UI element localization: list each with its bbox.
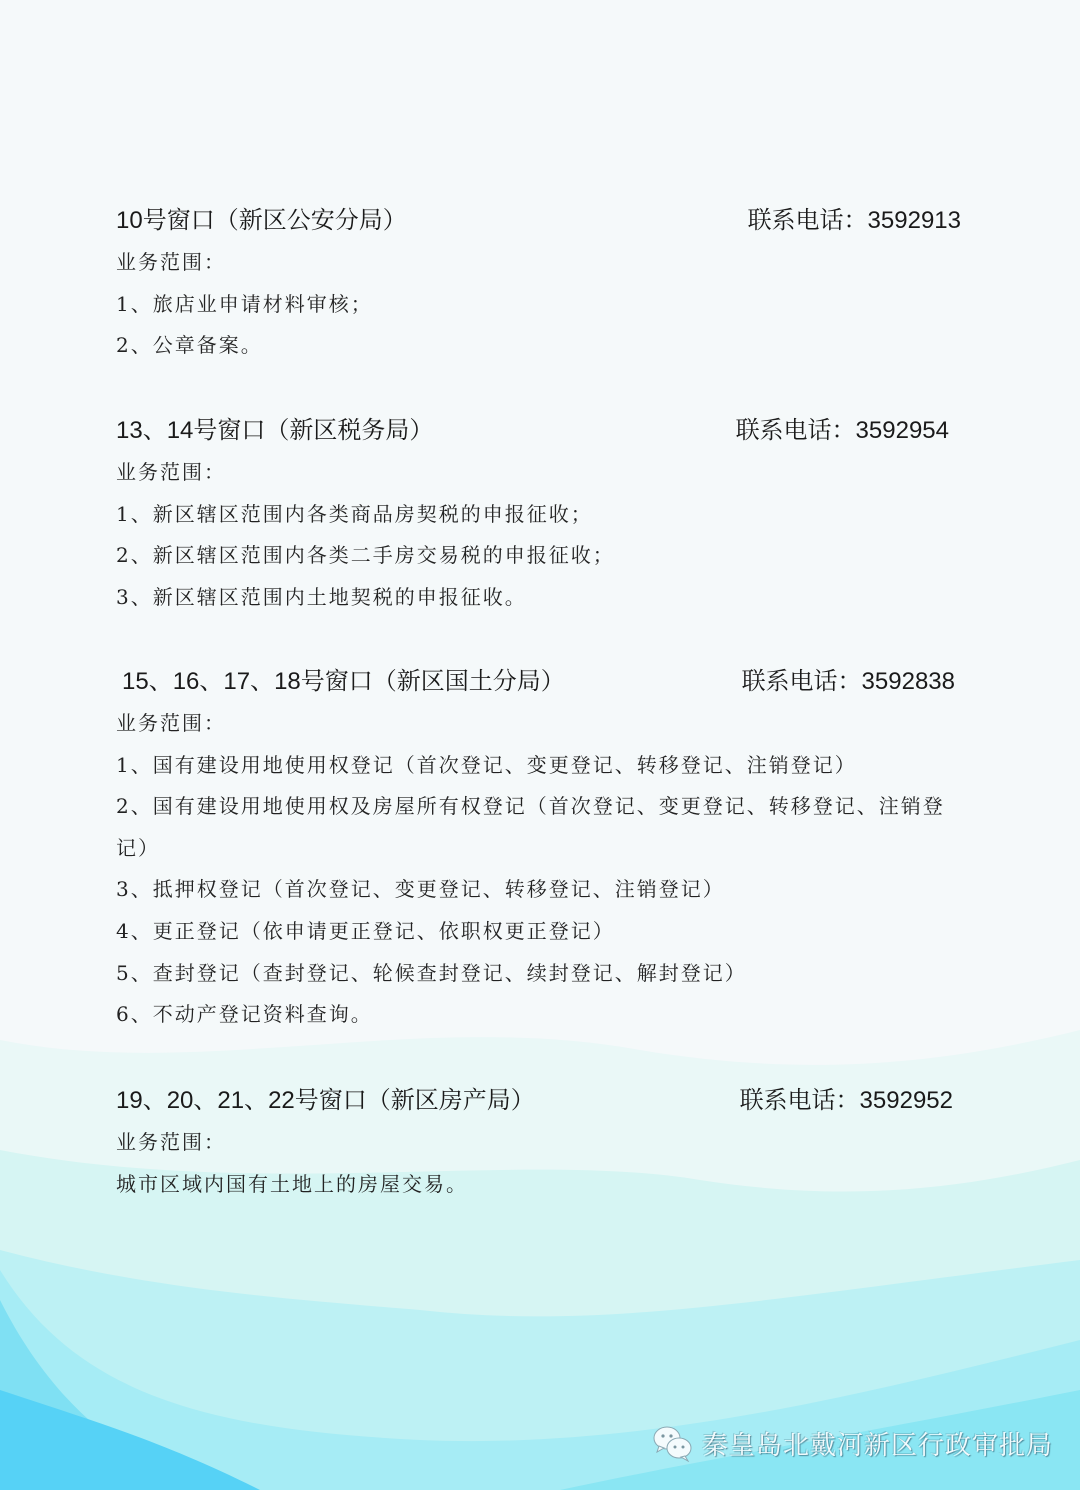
contact-phone: 联系电话：3592838 [742, 661, 955, 696]
section-land-bureau: 15、16、17、18号窗口（新区国土分局） 联系电话：3592838 业务范围… [116, 661, 961, 1036]
scope-label: 业务范围： [116, 452, 961, 494]
scope-label: 业务范围： [116, 703, 961, 745]
wechat-icon [652, 1424, 694, 1462]
scope-item: 城市区域内国有土地上的房屋交易。 [116, 1164, 961, 1206]
contact-phone: 联系电话：3592913 [748, 200, 961, 235]
scope-item: 6、不动产登记资料查询。 [116, 994, 961, 1036]
wechat-account-watermark: 秦皇岛北戴河新区行政审批局 [652, 1424, 1053, 1462]
section-title: 13、14号窗口（新区税务局） [116, 410, 433, 445]
scope-item: 1、旅店业申请材料审核； [116, 284, 961, 326]
scope-item: 4、更正登记（依申请更正登记、依职权更正登记） [116, 911, 961, 953]
contact-phone: 联系电话：3592952 [740, 1080, 953, 1115]
scope-label: 业务范围： [116, 242, 961, 284]
scope-item: 2、新区辖区范围内各类二手房交易税的申报征收； [116, 535, 961, 577]
contact-phone: 联系电话：3592954 [736, 410, 949, 445]
scope-label: 业务范围： [116, 1122, 961, 1164]
scope-item: 1、新区辖区范围内各类商品房契税的申报征收； [116, 494, 961, 536]
scope-item: 2、公章备案。 [116, 325, 961, 367]
section-title: 19、20、21、22号窗口（新区房产局） [116, 1080, 535, 1115]
section-header: 15、16、17、18号窗口（新区国土分局） 联系电话：3592838 [116, 661, 961, 701]
section-tax-bureau: 13、14号窗口（新区税务局） 联系电话：3592954 业务范围： 1、新区辖… [116, 410, 961, 618]
account-name: 秦皇岛北戴河新区行政审批局 [702, 1425, 1053, 1462]
scope-item: 5、查封登记（查封登记、轮候查封登记、续封登记、解封登记） [116, 953, 961, 995]
section-housing-bureau: 19、20、21、22号窗口（新区房产局） 联系电话：3592952 业务范围：… [116, 1080, 961, 1205]
section-title: 10号窗口（新区公安分局） [116, 200, 407, 235]
section-header: 19、20、21、22号窗口（新区房产局） 联系电话：3592952 [116, 1080, 961, 1120]
scope-item: 3、新区辖区范围内土地契税的申报征收。 [116, 577, 961, 619]
section-public-security: 10号窗口（新区公安分局） 联系电话：3592913 业务范围： 1、旅店业申请… [116, 200, 961, 367]
section-header: 13、14号窗口（新区税务局） 联系电话：3592954 [116, 410, 961, 450]
section-title: 15、16、17、18号窗口（新区国土分局） [122, 661, 565, 696]
scope-item: 2、国有建设用地使用权及房屋所有权登记（首次登记、变更登记、转移登记、注销登记） [116, 786, 961, 869]
scope-item: 3、抵押权登记（首次登记、变更登记、转移登记、注销登记） [116, 869, 961, 911]
scope-item: 1、国有建设用地使用权登记（首次登记、变更登记、转移登记、注销登记） [116, 745, 961, 787]
section-header: 10号窗口（新区公安分局） 联系电话：3592913 [116, 200, 961, 240]
